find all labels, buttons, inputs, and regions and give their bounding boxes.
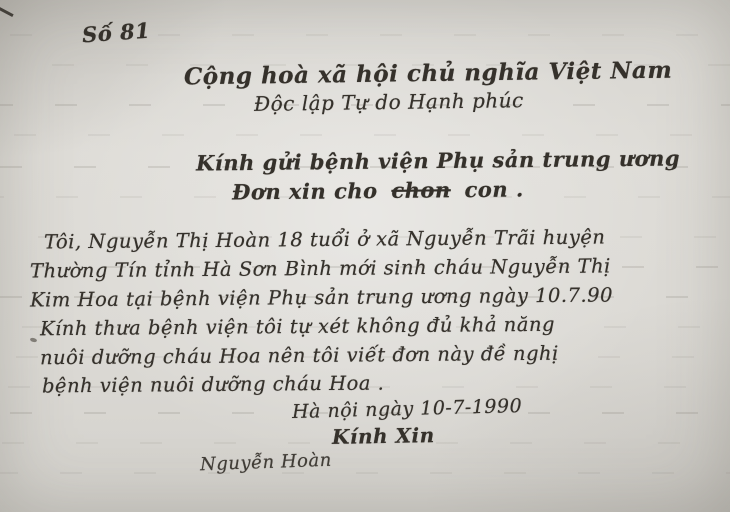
subject-struck-word: chon (391, 177, 451, 203)
ink-smudge (30, 337, 38, 343)
body-line-5: nuôi dưỡng cháu Hoa nên tôi viết đơn này… (40, 342, 559, 370)
body-line-6: bệnh viện nuôi dưỡng cháu Hoa . (42, 372, 385, 398)
document-number: Số 81 (81, 18, 151, 48)
body-line-4: Kính thưa bệnh viện tôi tự xét không đủ … (40, 313, 555, 340)
corner-pen-mark (0, 0, 21, 17)
body-line-1: Tôi, Nguyễn Thị Hoàn 18 tuổi ở xã Nguyễn… (44, 226, 606, 254)
subject-suffix: con . (464, 176, 523, 202)
national-header-line2: Độc lập Tự do Hạnh phúc (254, 88, 524, 116)
closing-line: Kính Xin (332, 423, 435, 449)
subject-prefix: Đơn xin cho (232, 178, 378, 205)
body-line-2: Thường Tín tỉnh Hà Sơn Bình mới sinh chá… (30, 254, 611, 282)
signature: Nguyễn Hoàn (200, 450, 332, 476)
letter-page: Số 81 Cộng hoà xã hội chủ nghĩa Việt Nam… (0, 0, 730, 512)
national-header-line1: Cộng hoà xã hội chủ nghĩa Việt Nam (184, 57, 673, 91)
ruled-line (0, 472, 730, 474)
body-line-3: Kim Hoa tại bệnh viện Phụ sản trung ương… (30, 283, 613, 311)
addressee-line: Kính gửi bệnh viện Phụ sản trung ương (196, 145, 680, 175)
ruled-line (0, 134, 730, 136)
subject-line: Đơn xin cho chon con . (232, 176, 524, 204)
date-line: Hà nội ngày 10-7-1990 (292, 395, 523, 423)
